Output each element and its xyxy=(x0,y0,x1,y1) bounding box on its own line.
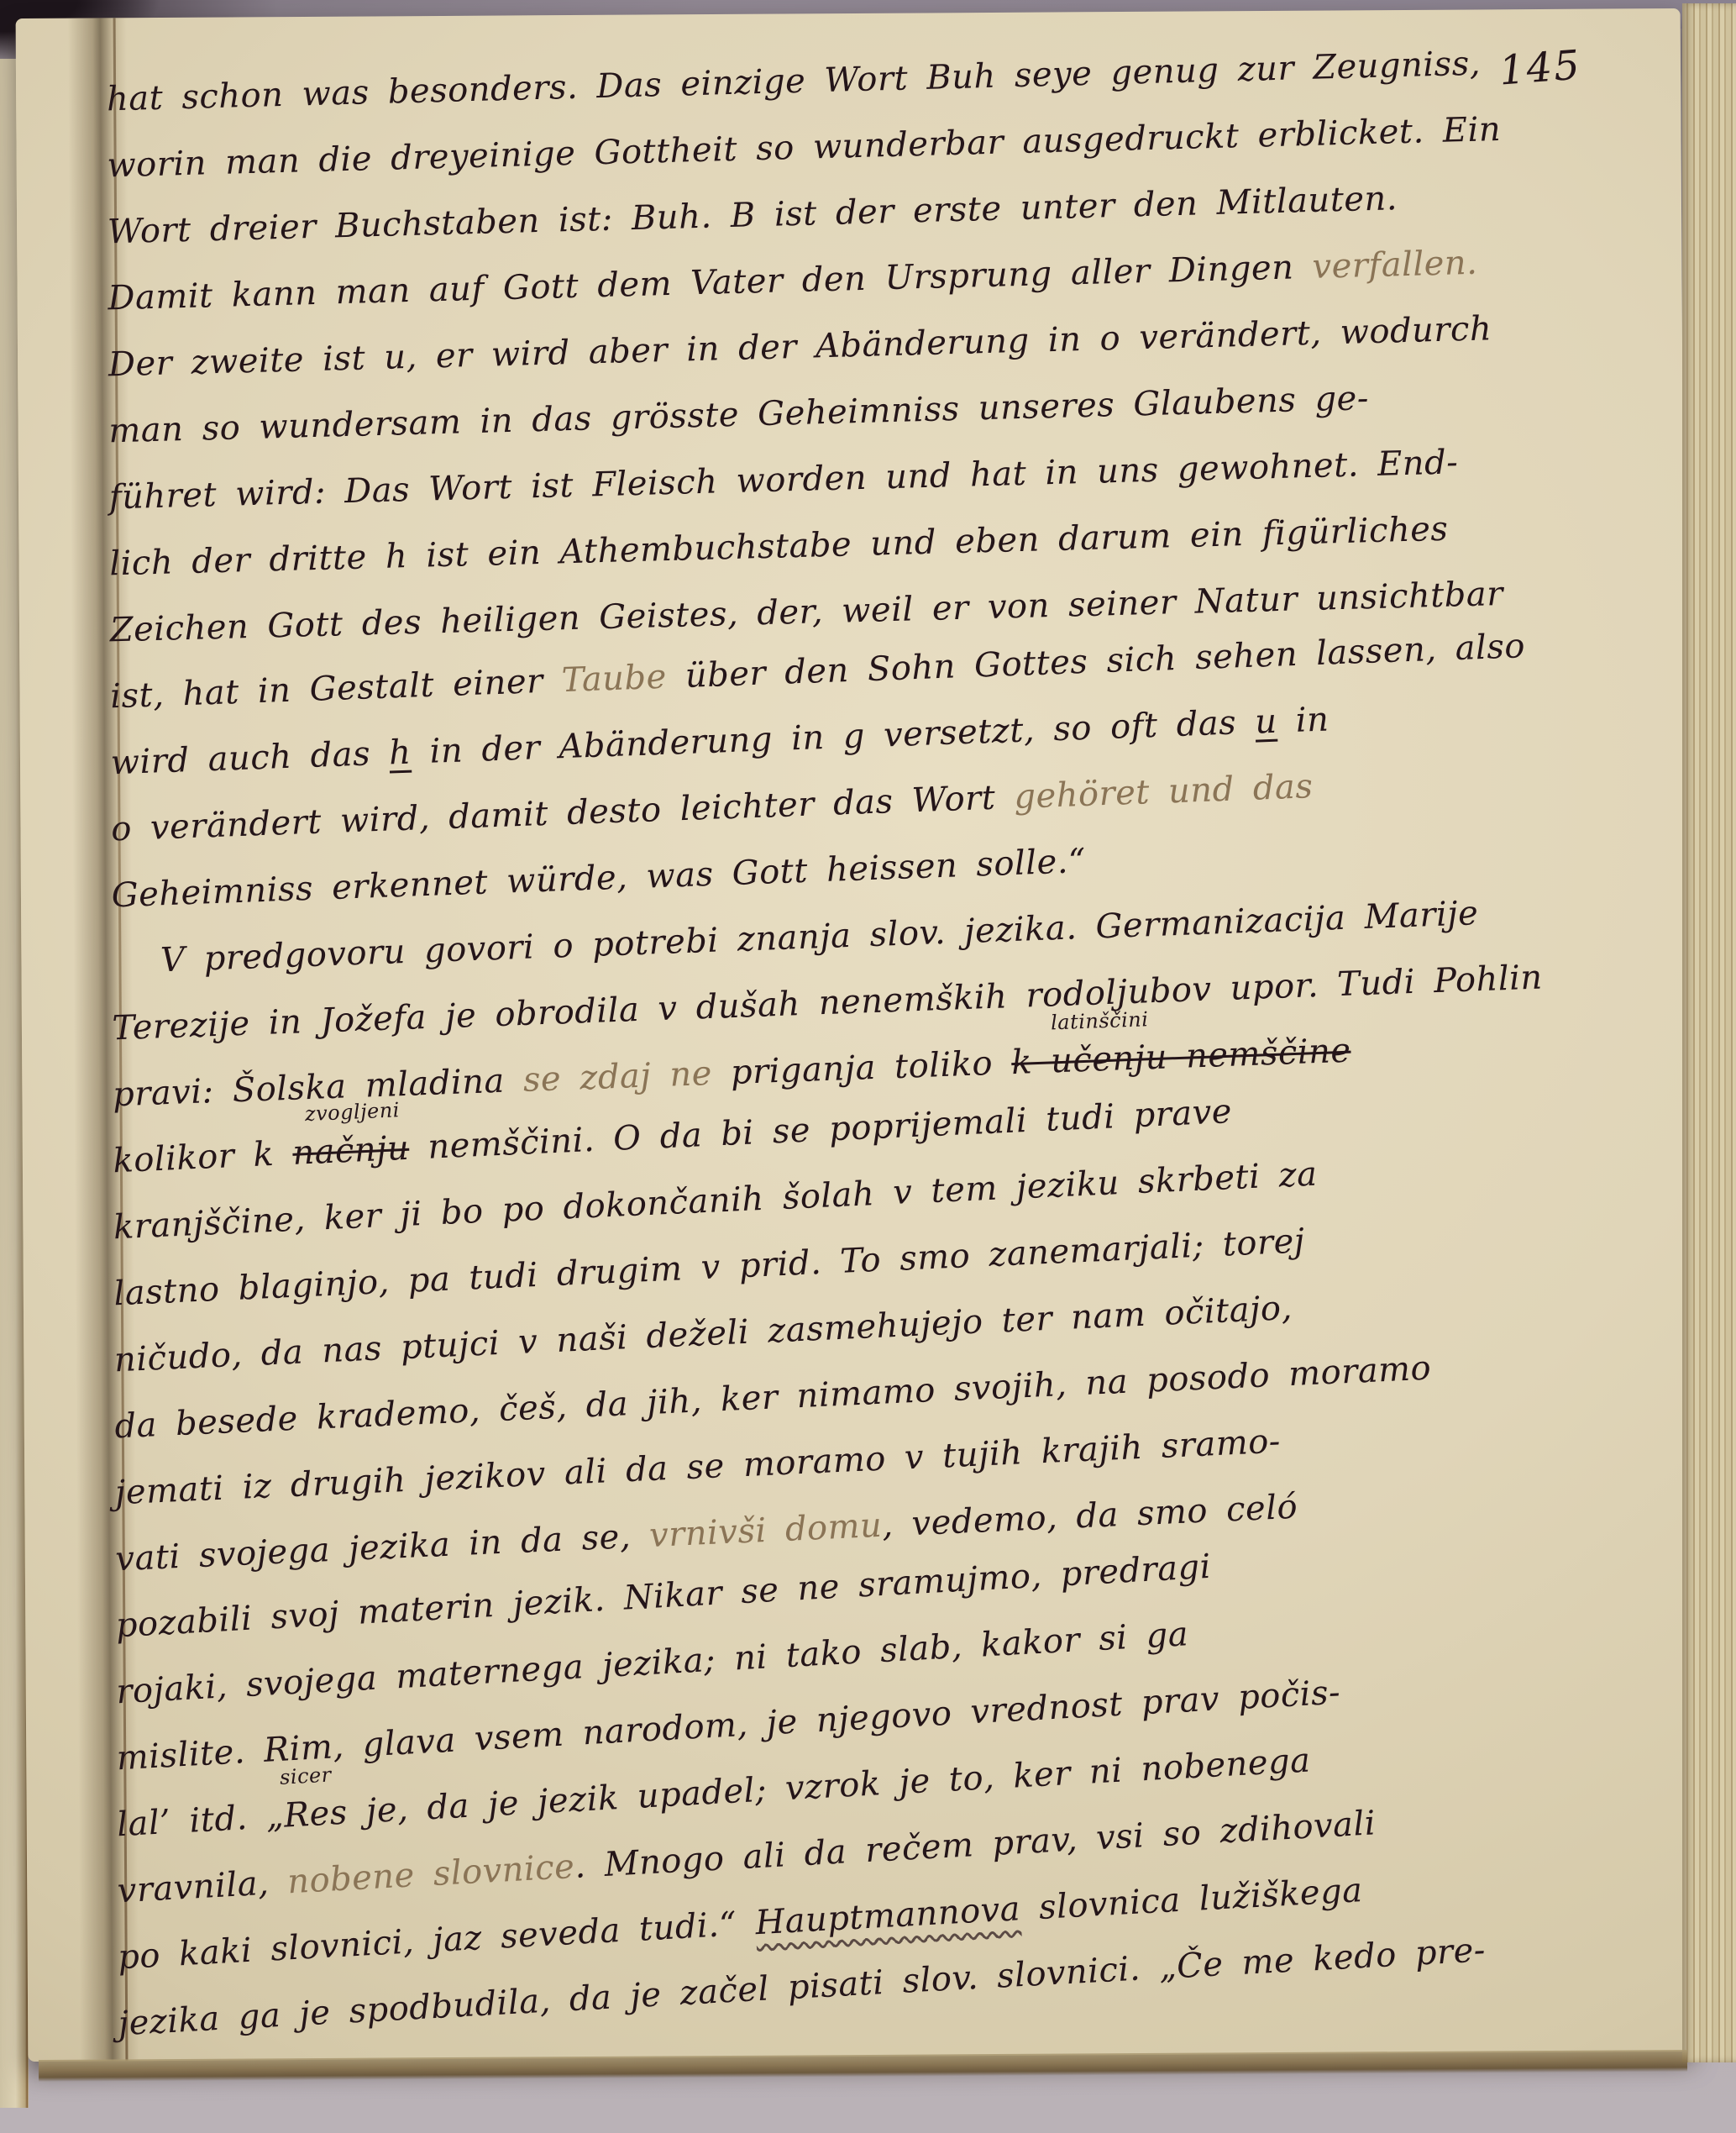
inserted-word-above: latinščini xyxy=(1051,1010,1149,1033)
underlined-letter: u xyxy=(1254,702,1277,742)
text-segment: wird auch das xyxy=(110,734,390,783)
struck-text: k učenju nemščine xyxy=(1010,1032,1351,1082)
inserted-word-above: sicer xyxy=(279,1765,332,1788)
faded-text: verfallen. xyxy=(1312,244,1478,286)
faded-text: Taube xyxy=(561,658,668,700)
manuscript-photo: 145 hat schon was besonders. Das einzige… xyxy=(0,0,1736,2133)
faded-text: se zdaj ne xyxy=(522,1054,713,1100)
book-page: 145 hat schon was besonders. Das einzige… xyxy=(16,8,1693,2062)
struck-text: načnju xyxy=(291,1129,410,1173)
faded-text: vrnivši domu xyxy=(648,1506,883,1555)
annotated-segment: „Res jesicer xyxy=(265,1777,399,1850)
faded-text: gehöret und das xyxy=(1014,767,1314,817)
text-segment: kolikor k xyxy=(113,1134,294,1180)
text-segment: lal’ itd. xyxy=(116,1798,267,1845)
underlined-letter: h xyxy=(388,733,412,773)
manuscript-text: hat schon was besonders. Das einzige Wor… xyxy=(107,57,1654,2057)
text-segment: vravnila, xyxy=(117,1862,289,1910)
annotated-segment: načnjuzvogljeni xyxy=(291,1116,411,1187)
faded-text: nobene slovnice xyxy=(286,1847,575,1901)
inserted-word-above: zvogljeni xyxy=(304,1100,400,1124)
page-edge-right xyxy=(1682,3,1736,2062)
text-segment: „Res je xyxy=(265,1790,399,1836)
text-segment: slovnica lužiškega xyxy=(1020,1871,1364,1928)
underlined-name: Hauptmannova xyxy=(754,1889,1021,1942)
text-segment: priganja toliko xyxy=(711,1043,1012,1093)
text-segment: in xyxy=(1277,700,1330,740)
text-segment: ist, hat in Gestalt einer xyxy=(109,661,562,716)
